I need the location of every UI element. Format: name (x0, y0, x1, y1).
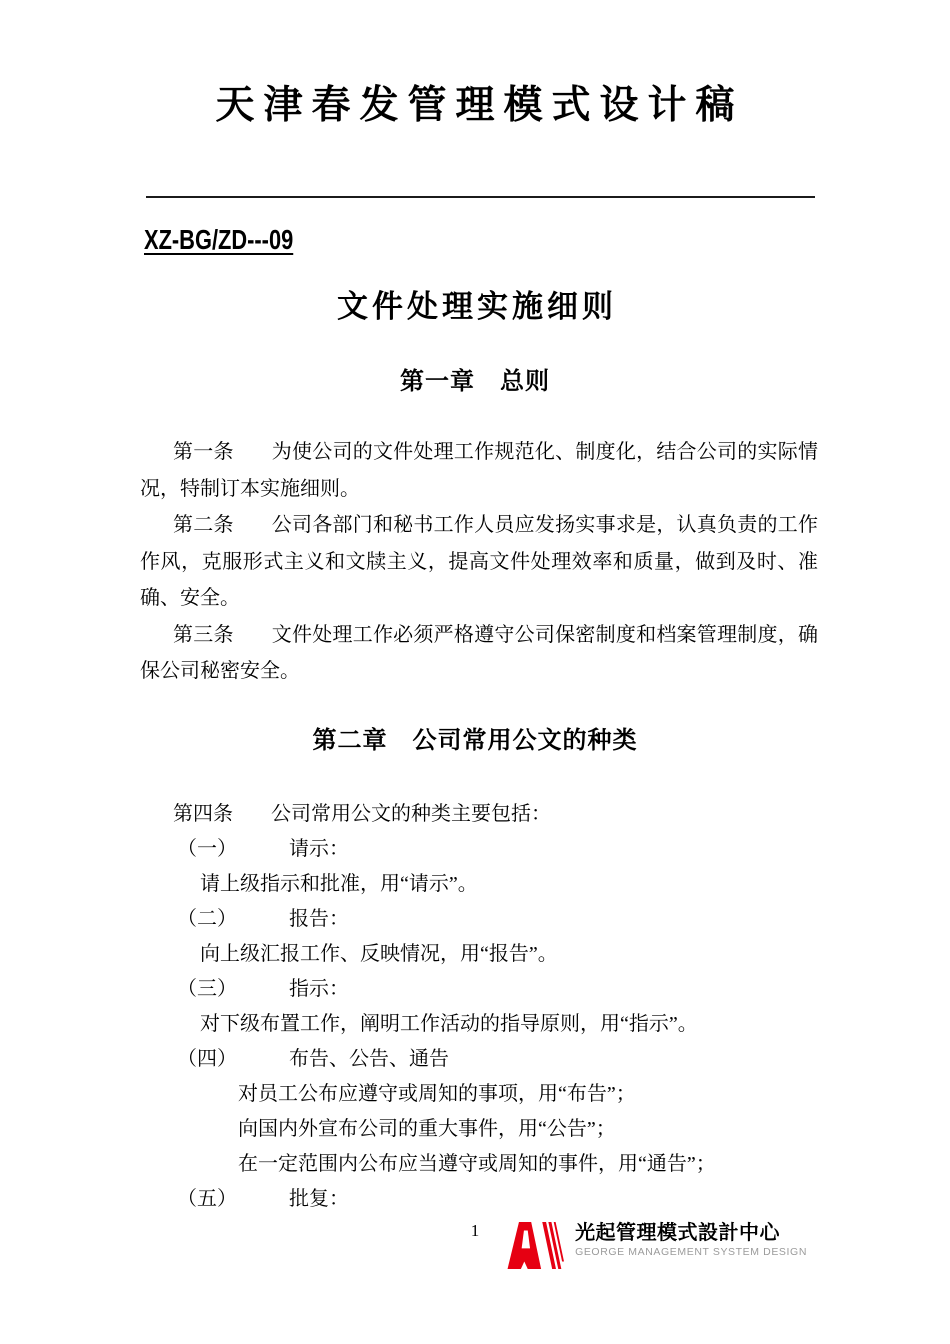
logo-cn-text: 光起管理模式設計中心 (575, 1220, 807, 1246)
clause-3-label: 第三条 (173, 624, 234, 646)
clause-4-paragraph: 第四条公司常用公文的种类主要包括： (140, 797, 818, 832)
item-4-desc-1: 对员工公布应遵守或周知的事项，用“布告”； (140, 1077, 818, 1112)
doc-type-item-5: （五）批复： (140, 1182, 818, 1217)
item-4-desc-3: 在一定范围内公布应当遵守或周知的事件，用“通告”； (140, 1147, 818, 1182)
item-4-head: （四）布告、公告、通告 (140, 1042, 818, 1077)
item-1-desc: 请上级指示和批准，用“请示”。 (140, 867, 818, 902)
item-4-number: （四） (177, 1048, 237, 1070)
document-page: 天津春发管理模式设计稿 XZ-BG/ZD---09 文件处理实施细则 第一章 总… (0, 0, 950, 1344)
document-subtitle: 文件处理实施细则 (0, 281, 950, 326)
item-2-number: （二） (177, 908, 237, 930)
logo-a-icon (506, 1222, 564, 1274)
clause-1-label: 第一条 (173, 441, 234, 463)
header-divider-line (146, 196, 815, 198)
item-2-desc: 向上级汇报工作、反映情况，用“报告”。 (140, 937, 818, 972)
document-title: 天津春发管理模式设计稿 (0, 74, 950, 130)
item-1-number: （一） (177, 838, 237, 860)
item-1-title: 请示： (289, 838, 349, 860)
doc-type-item-2: （二）报告： 向上级汇报工作、反映情况，用“报告”。 (140, 902, 818, 972)
item-1-head: （一）请示： (140, 832, 818, 867)
chapter-2-heading: 第二章 公司常用公文的种类 (0, 720, 950, 755)
item-3-desc: 对下级布置工作，阐明工作活动的指导原则，用“指示”。 (140, 1007, 818, 1042)
item-3-title: 指示： (289, 978, 349, 1000)
item-2-title: 报告： (289, 908, 349, 930)
doc-type-item-3: （三）指示： 对下级布置工作，阐明工作活动的指导原则，用“指示”。 (140, 972, 818, 1042)
chapter-1-heading: 第一章 总则 (0, 361, 950, 396)
page-number: 1 (0, 1221, 950, 1241)
clause-1-text: 为使公司的文件处理工作规范化、制度化，结合公司的实际情况，特制订本实施细则。 (140, 441, 818, 500)
doc-type-item-4: （四）布告、公告、通告 对员工公布应遵守或周知的事项，用“布告”； 向国内外宣布… (140, 1042, 818, 1182)
item-3-head: （三）指示： (140, 972, 818, 1007)
item-2-head: （二）报告： (140, 902, 818, 937)
company-logo: 光起管理模式設計中心 GEORGE MANAGEMENT SYSTEM DESI… (506, 1220, 807, 1274)
item-5-number: （五） (177, 1188, 237, 1210)
logo-text-block: 光起管理模式設計中心 GEORGE MANAGEMENT SYSTEM DESI… (575, 1220, 807, 1259)
clause-2-text: 公司各部门和秘书工作人员应发扬实事求是，认真负责的工作作风，克服形式主义和文牍主… (140, 514, 818, 609)
item-4-title: 布告、公告、通告 (289, 1048, 449, 1070)
item-5-title: 批复： (289, 1188, 349, 1210)
clause-1-paragraph: 第一条为使公司的文件处理工作规范化、制度化，结合公司的实际情况，特制订本实施细则… (140, 434, 818, 507)
clause-4-text: 公司常用公文的种类主要包括： (271, 803, 551, 825)
item-5-head: （五）批复： (140, 1182, 818, 1217)
clause-3-paragraph: 第三条文件处理工作必须严格遵守公司保密制度和档案管理制度，确保公司秘密安全。 (140, 617, 818, 690)
document-code: XZ-BG/ZD---09 (144, 224, 293, 256)
chapter-1-body: 第一条为使公司的文件处理工作规范化、制度化，结合公司的实际情况，特制订本实施细则… (140, 434, 818, 690)
logo-en-text: GEORGE MANAGEMENT SYSTEM DESIGN (575, 1246, 807, 1259)
clause-3-text: 文件处理工作必须严格遵守公司保密制度和档案管理制度，确保公司秘密安全。 (140, 624, 818, 683)
clause-2-paragraph: 第二条公司各部门和秘书工作人员应发扬实事求是，认真负责的工作作风，克服形式主义和… (140, 507, 818, 617)
clause-2-label: 第二条 (173, 514, 234, 536)
chapter-2-body: 第四条公司常用公文的种类主要包括： （一）请示： 请上级指示和批准，用“请示”。… (140, 797, 818, 1217)
item-3-number: （三） (177, 978, 237, 1000)
item-4-desc-2: 向国内外宣布公司的重大事件，用“公告”； (140, 1112, 818, 1147)
doc-type-item-1: （一）请示： 请上级指示和批准，用“请示”。 (140, 832, 818, 902)
clause-4-label: 第四条 (173, 803, 233, 825)
